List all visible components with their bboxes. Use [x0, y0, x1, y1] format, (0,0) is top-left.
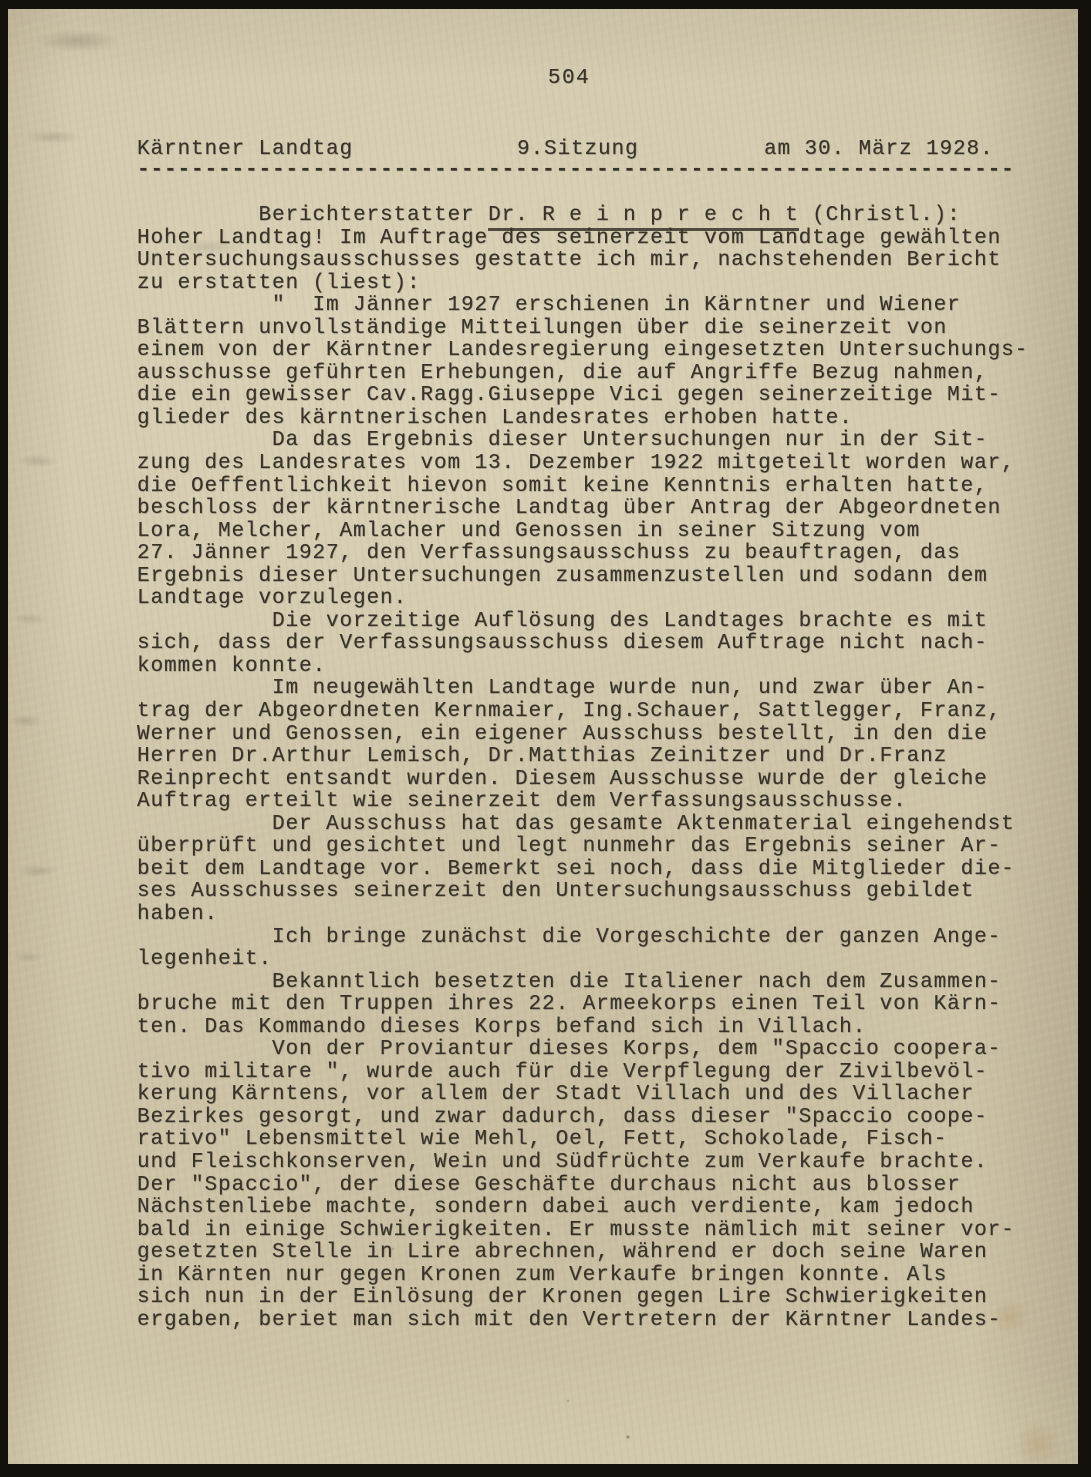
scanned-document: 504 Kärntner Landtag 9.Sitzung am 30. Mä… — [0, 0, 1091, 1477]
document-page: 504 Kärntner Landtag 9.Sitzung am 30. Mä… — [8, 9, 1078, 1464]
header-institution: Kärntner Landtag — [137, 138, 353, 161]
header-divider-dashes: ----------------------------------------… — [137, 159, 1037, 182]
page-number: 504 — [137, 67, 1001, 90]
speaker-line-suffix: (Christl.): — [799, 204, 961, 227]
header-date: am 30. März 1928. — [764, 138, 994, 161]
speaker-line-prefix: Berichterstatter — [137, 204, 488, 227]
speaker-line: Berichterstatter Dr. R e i n p r e c h t… — [137, 205, 1047, 228]
report-body: Berichterstatter Dr. R e i n p r e c h t… — [137, 205, 1047, 1332]
header-session-number: 9.Sitzung — [517, 138, 639, 161]
report-text: Hoher Landtag! Im Auftrage des seinerzei… — [137, 228, 1047, 1333]
